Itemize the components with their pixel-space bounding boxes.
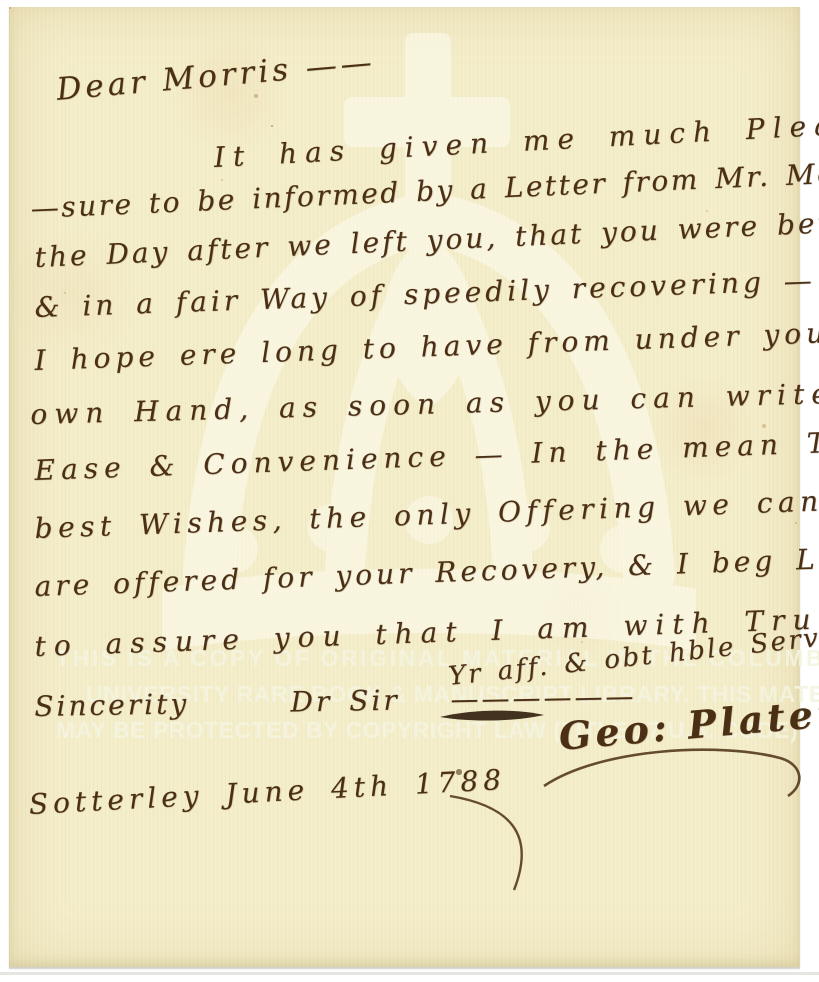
foxing-specks xyxy=(9,7,11,9)
scan-edge-line xyxy=(0,972,819,975)
scanned-letter-page: { "letter": { "salutation": "Dear Morris… xyxy=(0,0,819,982)
